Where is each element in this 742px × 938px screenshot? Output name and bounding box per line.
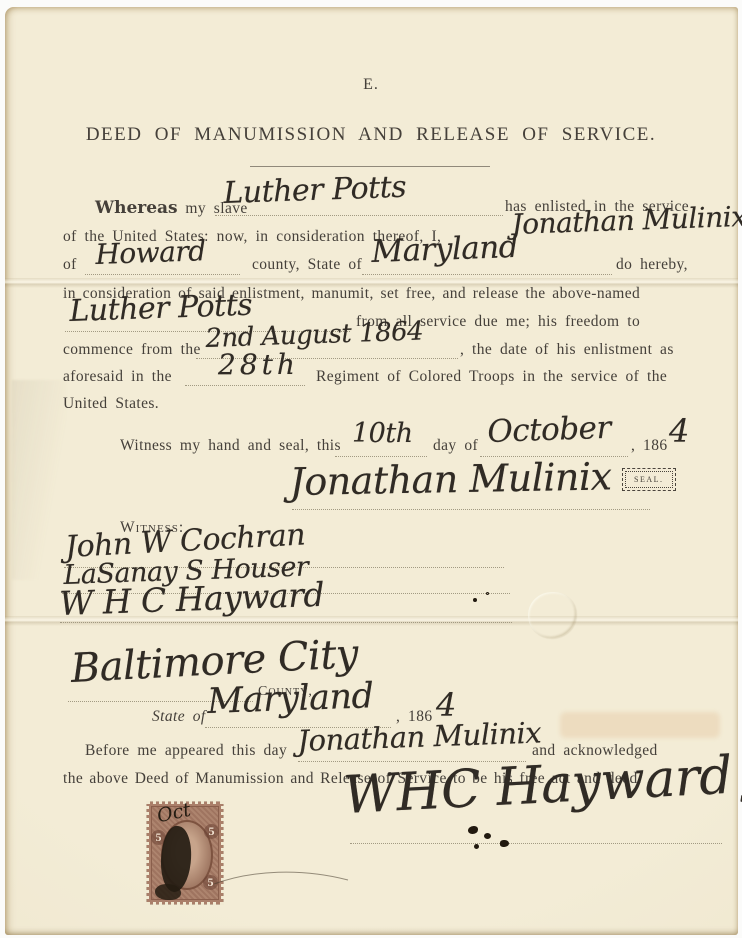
body-text: , 186 xyxy=(631,437,668,455)
body-text: day of xyxy=(433,437,478,455)
body-text: commence from the xyxy=(63,341,201,359)
ink-dot xyxy=(473,598,477,602)
body-line-8: United States. xyxy=(63,395,159,413)
title-divider xyxy=(250,166,490,167)
fill-line xyxy=(292,508,650,510)
page-title: DEED OF MANUMISSION AND RELEASE OF SERVI… xyxy=(0,124,742,146)
seal-stamp: SEAL. xyxy=(622,468,676,491)
fill-line xyxy=(362,273,612,275)
handwritten-day: 10th xyxy=(352,418,413,449)
body-text: do hereby, xyxy=(616,256,688,274)
handwritten-slave-name: Luther Potts xyxy=(223,170,407,211)
form-letter: E. xyxy=(0,76,742,94)
handwritten-county: Howard xyxy=(95,234,206,271)
handwritten-state: Maryland xyxy=(371,229,519,270)
body-text: of xyxy=(63,256,77,274)
pen-stroke xyxy=(212,858,352,898)
body-text: aforesaid in the xyxy=(63,368,172,386)
stamp-denomination: 5 xyxy=(204,824,219,839)
state-of-label: State of xyxy=(152,708,206,726)
execution-clause: Witness my hand and seal, this xyxy=(120,437,341,455)
ink-blot xyxy=(484,833,491,839)
body-text: , the date of his enlistment as xyxy=(460,341,674,359)
body-text: county, State of xyxy=(252,256,362,274)
handwritten-month: October xyxy=(487,410,612,450)
fill-line xyxy=(85,273,240,275)
fill-line xyxy=(215,214,503,216)
fill-line xyxy=(335,455,427,457)
handwritten-year-digit: 4 xyxy=(669,412,689,450)
fill-line xyxy=(350,842,722,844)
bleed-through-mark xyxy=(12,380,67,580)
whereas-word: Whereas xyxy=(95,198,178,218)
fill-line xyxy=(185,384,305,386)
grantor-signature: Jonathan Mulinix xyxy=(289,454,612,504)
body-text: Regiment of Colored Troops in the servic… xyxy=(316,368,667,386)
ink-blot xyxy=(474,844,479,849)
cancellation-ink-blot xyxy=(155,884,181,900)
seal-label: SEAL. xyxy=(625,471,673,488)
document-scan: E. DEED OF MANUMISSION AND RELEASE OF SE… xyxy=(0,0,742,938)
fill-line xyxy=(60,621,512,623)
handwritten-regiment: 28th xyxy=(218,348,299,381)
bleed-through-mark xyxy=(560,712,720,738)
handwritten-state: Maryland xyxy=(207,676,375,722)
body-text: Before me appeared this day xyxy=(85,742,287,760)
